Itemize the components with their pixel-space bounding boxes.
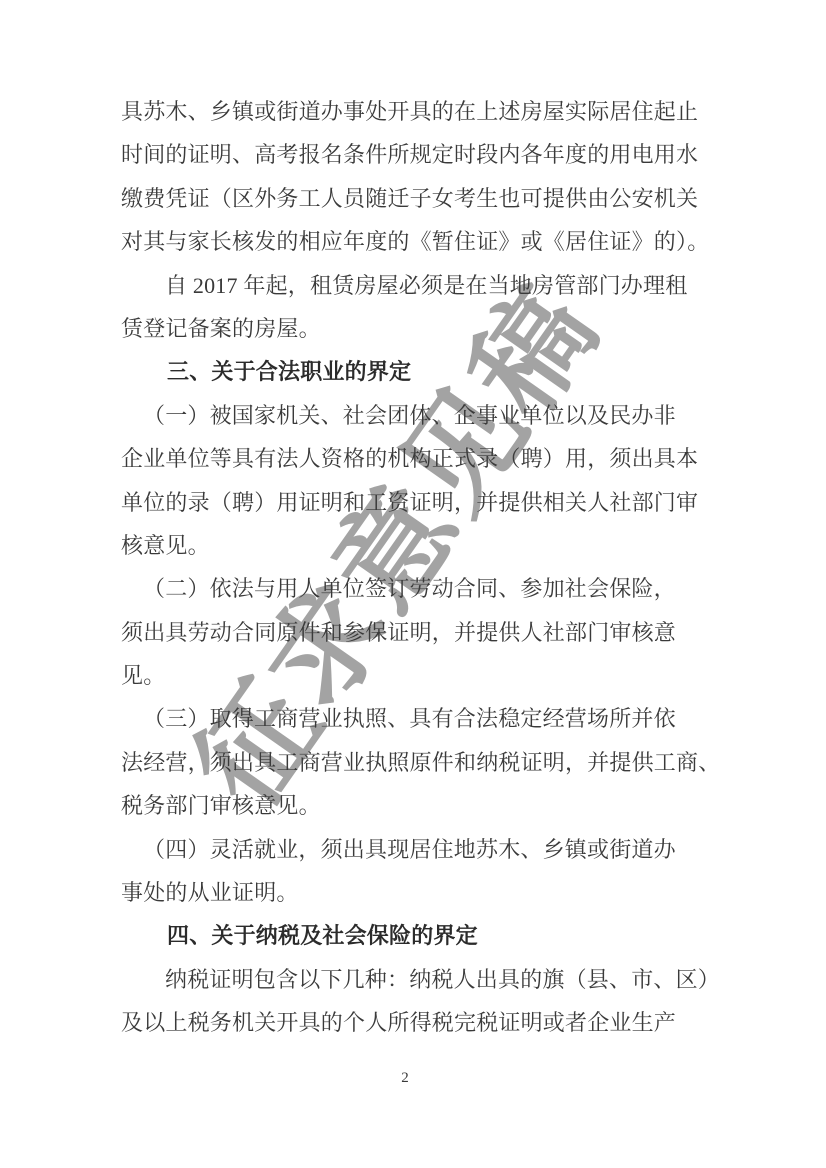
text-line: 赁登记备案的房屋。 xyxy=(121,307,707,350)
text-line: 事处的从业证明。 xyxy=(121,871,707,914)
text-line: 缴费凭证（区外务工人员随迁子女考生也可提供由公安机关 xyxy=(121,177,707,220)
text-line: 须出具劳动合同原件和参保证明，并提供人社部门审核意 xyxy=(121,611,707,654)
text-line: 法经营，须出具工商营业执照原件和纳税证明，并提供工商、 xyxy=(121,741,707,784)
text-line: （一）被国家机关、社会团体、企事业单位以及民办非 xyxy=(121,394,707,437)
document-page: 征求意见稿 具苏木、乡镇或街道办事处开具的在上述房屋实际居住起止时间的证明、高考… xyxy=(0,0,826,1168)
document-body: 具苏木、乡镇或街道办事处开具的在上述房屋实际居住起止时间的证明、高考报名条件所规… xyxy=(121,90,707,1045)
section-heading: 四、关于纳税及社会保险的界定 xyxy=(121,914,707,957)
text-line: 纳税证明包含以下几种：纳税人出具的旗（县、市、区） xyxy=(121,958,707,1001)
text-line: 时间的证明、高考报名条件所规定时段内各年度的用电用水 xyxy=(121,133,707,176)
text-line: （四）灵活就业，须出具现居住地苏木、乡镇或街道办 xyxy=(121,828,707,871)
text-line: 税务部门审核意见。 xyxy=(121,784,707,827)
text-line: （二）依法与用人单位签订劳动合同、参加社会保险， xyxy=(121,567,707,610)
text-line: 单位的录（聘）用证明和工资证明，并提供相关人社部门审 xyxy=(121,481,707,524)
page-number: 2 xyxy=(0,1070,810,1087)
text-line: 及以上税务机关开具的个人所得税完税证明或者企业生产 xyxy=(121,1001,707,1044)
text-line: （三）取得工商营业执照、具有合法稳定经营场所并依 xyxy=(121,697,707,740)
text-line: 具苏木、乡镇或街道办事处开具的在上述房屋实际居住起止 xyxy=(121,90,707,133)
text-line: 见。 xyxy=(121,654,707,697)
section-heading: 三、关于合法职业的界定 xyxy=(121,350,707,393)
text-line: 对其与家长核发的相应年度的《暂住证》或《居住证》的）。 xyxy=(121,220,707,263)
text-line: 企业单位等具有法人资格的机构正式录（聘）用，须出具本 xyxy=(121,437,707,480)
text-line: 自 2017 年起，租赁房屋必须是在当地房管部门办理租 xyxy=(121,264,707,307)
text-line: 核意见。 xyxy=(121,524,707,567)
